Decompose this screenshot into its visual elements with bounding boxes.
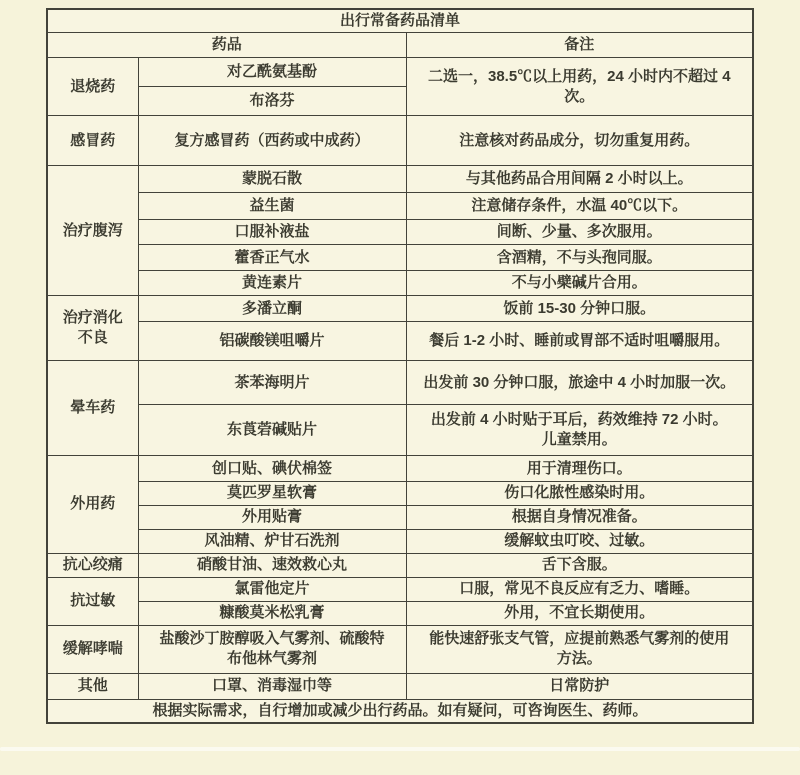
medicine-note: 外用，不宜长期使用。 [406,601,753,625]
table-row: 东莨菪碱贴片 出发前 4 小时贴于耳后，药效维持 72 小时。 儿童禁用。 [47,405,753,456]
medicine-checklist-table: 出行常备药品清单 药品 备注 退烧药 对乙酰氨基酚 二选一，38.5℃以上用药，… [46,8,754,724]
table-row: 外用贴膏 根据自身情况准备。 [47,505,753,529]
table-row: 缓解哮喘 盐酸沙丁胺醇吸入气雾剂、硫酸特 布他林气雾剂 能快速舒张支气管，应提前… [47,625,753,673]
table-row: 晕车药 茶苯海明片 出发前 30 分钟口服，旅途中 4 小时加服一次。 [47,361,753,405]
category-indigestion: 治疗消化 不良 [47,296,138,361]
table-row: 治疗腹泻 蒙脱石散 与其他药品合用间隔 2 小时以上。 [47,166,753,193]
medicine-name: 铝碳酸镁咀嚼片 [138,322,406,361]
medicine-note: 注意储存条件，水温 40℃以下。 [406,193,753,220]
medicine-note: 间断、少量、多次服用。 [406,220,753,245]
medicine-name: 对乙酰氨基酚 [138,58,406,87]
table-footer-note: 根据实际需求，自行增加或减少出行药品。如有疑问，可咨询医生、药师。 [47,699,753,723]
medicine-name: 多潘立酮 [138,296,406,322]
medicine-name: 创口贴、碘伏棉签 [138,456,406,482]
medicine-note: 伤口化脓性感染时用。 [406,482,753,505]
column-header-medicine: 药品 [47,33,406,58]
table-row: 黄连素片 不与小檗碱片合用。 [47,271,753,296]
medicine-name: 莫匹罗星软膏 [138,482,406,505]
medicine-note: 口服，常见不良反应有乏力、嗜睡。 [406,577,753,601]
table-row: 退烧药 对乙酰氨基酚 二选一，38.5℃以上用药，24 小时内不超过 4 次。 [47,58,753,87]
table-row: 益生菌 注意储存条件，水温 40℃以下。 [47,193,753,220]
medicine-name: 盐酸沙丁胺醇吸入气雾剂、硫酸特 布他林气雾剂 [138,625,406,673]
medicine-name: 益生菌 [138,193,406,220]
medicine-name: 东莨菪碱贴片 [138,405,406,456]
table-row: 铝碳酸镁咀嚼片 餐后 1-2 小时、睡前或胃部不适时咀嚼服用。 [47,322,753,361]
medicine-name: 黄连素片 [138,271,406,296]
medicine-note: 含酒精，不与头孢同服。 [406,245,753,271]
medicine-note: 日常防护 [406,673,753,699]
medicine-name: 布洛芬 [138,87,406,116]
medicine-note: 用于清理伤口。 [406,456,753,482]
medicine-name: 外用贴膏 [138,505,406,529]
table-row: 抗过敏 氯雷他定片 口服，常见不良反应有乏力、嗜睡。 [47,577,753,601]
medicine-note: 二选一，38.5℃以上用药，24 小时内不超过 4 次。 [406,58,753,116]
medicine-note: 能快速舒张支气管，应提前熟悉气雾剂的使用 方法。 [406,625,753,673]
column-header-note: 备注 [406,33,753,58]
medicine-note: 不与小檗碱片合用。 [406,271,753,296]
medicine-note: 饭前 15-30 分钟口服。 [406,296,753,322]
medicine-note: 出发前 30 分钟口服，旅途中 4 小时加服一次。 [406,361,753,405]
title-row: 出行常备药品清单 [47,9,753,33]
medicine-note: 出发前 4 小时贴于耳后，药效维持 72 小时。 儿童禁用。 [406,405,753,456]
medicine-name: 糠酸莫米松乳膏 [138,601,406,625]
table-row: 感冒药 复方感冒药（西药或中成药） 注意核对药品成分，切勿重复用药。 [47,116,753,166]
table-row: 糠酸莫米松乳膏 外用，不宜长期使用。 [47,601,753,625]
medicine-name: 茶苯海明片 [138,361,406,405]
medicine-name: 复方感冒药（西药或中成药） [138,116,406,166]
medicine-note: 缓解蚊虫叮咬、过敏。 [406,529,753,553]
table-row: 治疗消化 不良 多潘立酮 饭前 15-30 分钟口服。 [47,296,753,322]
category-other: 其他 [47,673,138,699]
medicine-name: 口罩、消毒湿巾等 [138,673,406,699]
category-asthma: 缓解哮喘 [47,625,138,673]
category-cold: 感冒药 [47,116,138,166]
medicine-name: 蒙脱石散 [138,166,406,193]
header-row: 药品 备注 [47,33,753,58]
bottom-edge-highlight [0,747,800,751]
category-topical: 外用药 [47,456,138,553]
page-background: 出行常备药品清单 药品 备注 退烧药 对乙酰氨基酚 二选一，38.5℃以上用药，… [0,0,800,775]
medicine-note: 舌下含服。 [406,553,753,577]
footer-row: 根据实际需求，自行增加或减少出行药品。如有疑问，可咨询医生、药师。 [47,699,753,723]
medicine-name: 硝酸甘油、速效救心丸 [138,553,406,577]
table-row: 其他 口罩、消毒湿巾等 日常防护 [47,673,753,699]
table-row: 风油精、炉甘石洗剂 缓解蚊虫叮咬、过敏。 [47,529,753,553]
medicine-name: 氯雷他定片 [138,577,406,601]
medicine-note: 餐后 1-2 小时、睡前或胃部不适时咀嚼服用。 [406,322,753,361]
table-title: 出行常备药品清单 [47,9,753,33]
table-row: 口服补液盐 间断、少量、多次服用。 [47,220,753,245]
medicine-name: 口服补液盐 [138,220,406,245]
medicine-name: 风油精、炉甘石洗剂 [138,529,406,553]
category-fever: 退烧药 [47,58,138,116]
medicine-name: 藿香正气水 [138,245,406,271]
medicine-note: 与其他药品合用间隔 2 小时以上。 [406,166,753,193]
medicine-note: 根据自身情况准备。 [406,505,753,529]
category-antiallergy: 抗过敏 [47,577,138,625]
medicine-note: 注意核对药品成分，切勿重复用药。 [406,116,753,166]
table-row: 抗心绞痛 硝酸甘油、速效救心丸 舌下含服。 [47,553,753,577]
table-row: 外用药 创口贴、碘伏棉签 用于清理伤口。 [47,456,753,482]
table-row: 莫匹罗星软膏 伤口化脓性感染时用。 [47,482,753,505]
category-angina: 抗心绞痛 [47,553,138,577]
category-diarrhea: 治疗腹泻 [47,166,138,296]
category-motion-sickness: 晕车药 [47,361,138,456]
table-row: 藿香正气水 含酒精，不与头孢同服。 [47,245,753,271]
